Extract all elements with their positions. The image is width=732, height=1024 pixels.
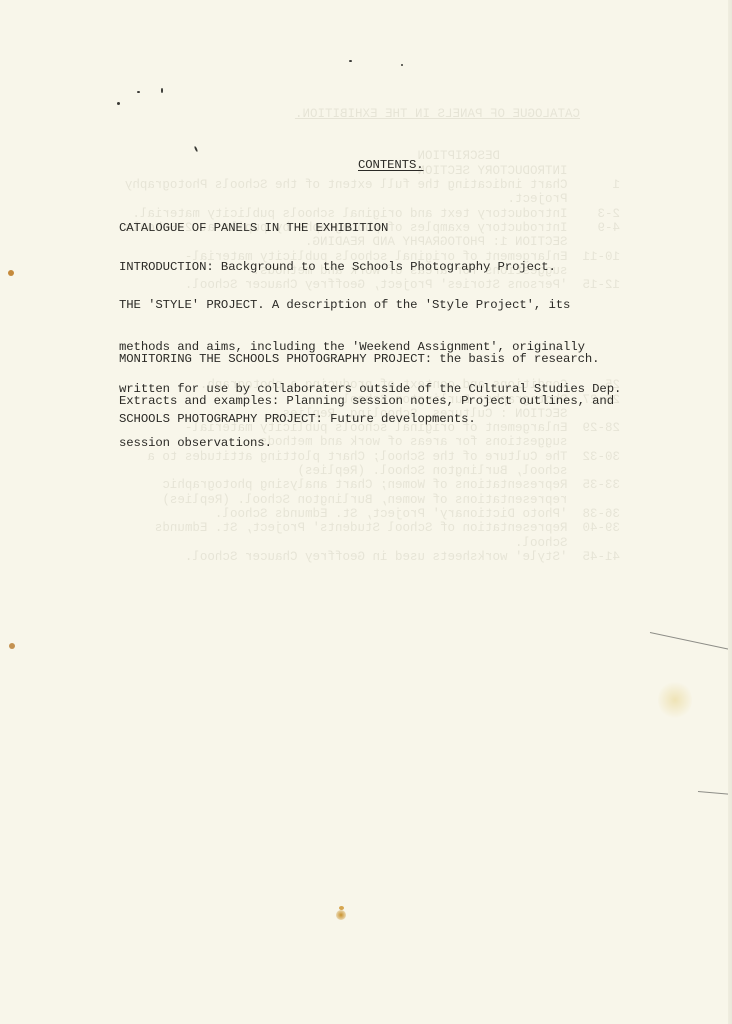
bleed-through-line: representations of women, Burlington Sch… xyxy=(60,493,620,507)
bleed-through-line: 33-35 Representations of Women; Chart an… xyxy=(60,478,620,492)
foxing-stain xyxy=(658,680,692,720)
foxing-stain xyxy=(9,643,15,649)
bleed-through-line: 36-38 'Photo Dictionary' Project, St. Ed… xyxy=(60,507,620,521)
foxing-stain xyxy=(336,910,346,920)
bleed-through-line: 39-40 Representation of School Students'… xyxy=(60,521,620,535)
ink-speck xyxy=(137,91,140,93)
bleed-through-line: DESCRIPTION xyxy=(60,149,620,163)
section-line: THE 'STYLE' PROJECT. A description of th… xyxy=(119,298,621,312)
section-future-developments: SCHOOLS PHOTOGRAPHY PROJECT: Future deve… xyxy=(119,384,476,454)
ink-speck xyxy=(401,64,403,66)
pencil-mark xyxy=(698,791,730,795)
bleed-through-line: School. xyxy=(60,536,620,550)
bleed-through-line: 1 Chart indicating the full extent of th… xyxy=(60,178,620,192)
bleed-through-line: INTRODUCTORY SECTION xyxy=(60,164,620,178)
bleed-through-title: CATALOGUE OF PANELS IN THE EXHIBITION. xyxy=(60,107,620,121)
section-line: MONITORING THE SCHOOLS PHOTOGRAPHY PROJE… xyxy=(119,352,614,366)
ink-speck xyxy=(117,102,120,105)
bleed-through-line: 41-45 'Style' worksheets used in Geoffre… xyxy=(60,550,620,564)
ink-speck xyxy=(349,60,352,62)
ink-speck xyxy=(161,88,163,93)
foxing-stain xyxy=(339,906,344,910)
contents-heading: CONTENTS. xyxy=(358,158,424,172)
document-page: CATALOGUE OF PANELS IN THE EXHIBITION. D… xyxy=(0,0,732,1024)
section-line: SCHOOLS PHOTOGRAPHY PROJECT: Future deve… xyxy=(119,412,476,426)
foxing-stain xyxy=(8,270,14,276)
pencil-mark xyxy=(650,632,730,650)
